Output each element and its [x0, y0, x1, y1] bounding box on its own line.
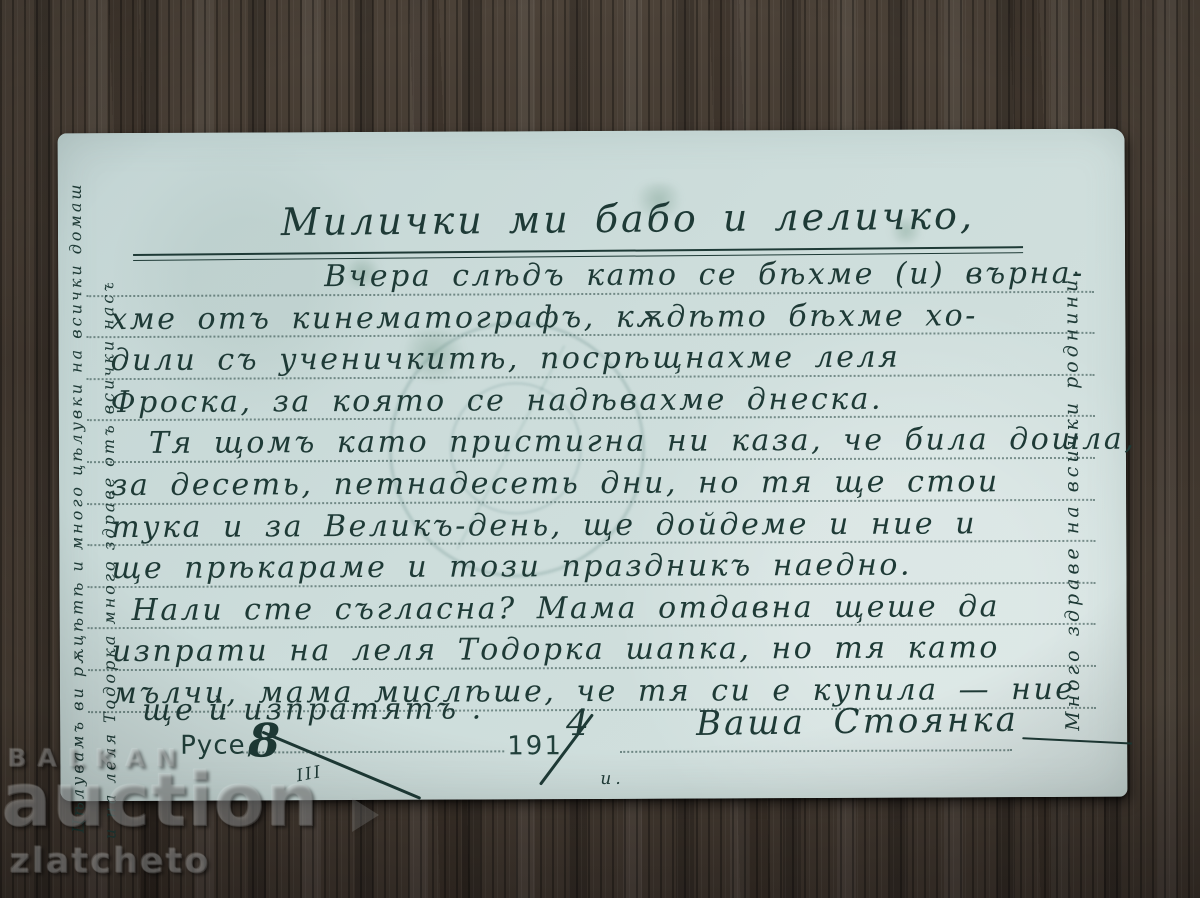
postcard: Милички ми бабо и леличко, Вчера слѣдъ к… — [58, 129, 1128, 802]
closing-line: ще ѝ изпратятъ . — [142, 691, 484, 727]
signature: Ваша Стоянка — [696, 700, 1019, 744]
margin-note-left-outer: Цѣлувамъ ви рѫцѣтѣ и много цѣлувки на вс… — [66, 185, 88, 833]
dotted-rule — [242, 750, 504, 753]
handwritten-line: ще прѣкараме и този праздникъ наедно. — [87, 542, 1095, 588]
dotted-rule — [620, 749, 1012, 753]
signature-flourish — [1022, 737, 1132, 744]
handwritten-line: Фроска, за която се надѣвахме днеска. — [87, 376, 1095, 422]
letter-body: Вчера слѣдъ като се бѣхме (и) върна- хме… — [86, 251, 1096, 713]
watermark-zlatcheto: zlatcheto — [10, 842, 211, 882]
postcard-photo: Милички ми бабо и леличко, Вчера слѣдъ к… — [0, 0, 1200, 898]
handwritten-line: Вчера слѣдъ като се бѣхме (и) върна- — [86, 251, 1094, 297]
handwritten-line: Нали сте съгласна? Мама отдавна щеше да — [88, 584, 1096, 630]
salutation-heading: Милички ми бабо и леличко, — [228, 193, 1028, 245]
margin-note-right: Много здраве на всички роднини. — [1060, 147, 1085, 731]
watermark-triangle-icon — [352, 798, 379, 832]
handwritten-line: за десеть, петнадесеть дни, но тя ще сто… — [87, 459, 1095, 505]
handwritten-line: тука и за Великъ-день, ще дойдеме и ние … — [87, 500, 1095, 546]
handwritten-line: изпрати на леля Тодорка шапка, но тя кат… — [88, 625, 1096, 671]
margin-note-left-inner: и на леля Тодорка много здраве отъ всичк… — [98, 283, 119, 839]
printed-year-prefix: 191 — [507, 731, 563, 761]
handwritten-line: дили съ ученичкитѣ, посрѣщнахме леля — [86, 334, 1094, 380]
handwritten-month: III — [295, 762, 324, 786]
handwritten-marks: и. — [600, 769, 624, 789]
handwritten-day: 8 — [248, 713, 280, 767]
slash-stroke — [262, 731, 422, 800]
handwritten-line: хме отъ кинематографъ, кѫдѣто бѣхме хо- — [86, 292, 1094, 338]
handwritten-line: Тя щомъ като пристигна ни каза, че била … — [87, 417, 1095, 463]
printed-place-label: Русе, — [180, 730, 255, 760]
